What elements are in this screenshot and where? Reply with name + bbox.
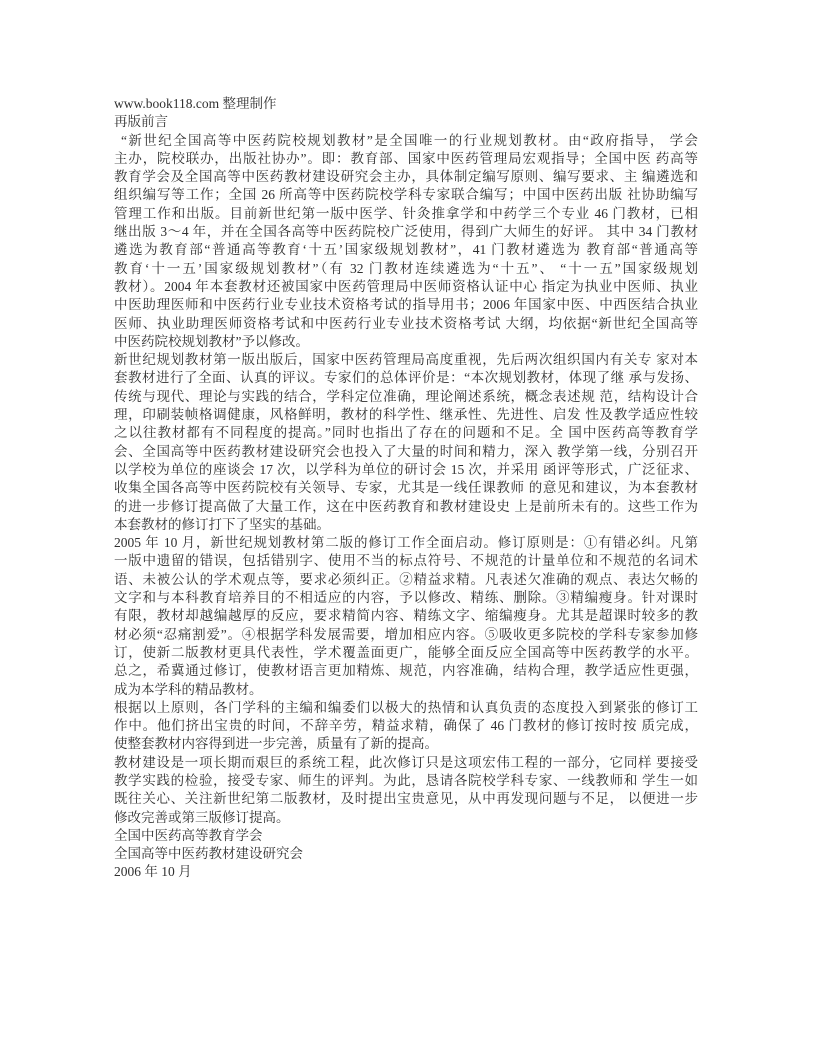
body-line: 遴选为教育部“普通高等教育‘十五’国家级规划教材”，41 门教材遴选为 教育部“…: [114, 241, 698, 259]
body-line: 的进一步修订提高做了大量工作，这在中医药教育和教材建设史 上是前所未有的。这些工…: [114, 498, 698, 516]
heading-line: 再版前言: [114, 113, 698, 131]
body-line: 总之，希冀通过修订，使教材语言更加精炼、规范，内容准确，结构合理，教学适应性更强…: [114, 662, 698, 680]
body-line: 教育学会及全国高等中医药教材建设研究会主办，具体制定编写原则、编写要求、主 编遴…: [114, 168, 698, 186]
body-line: 教材建设是一项长期而艰巨的系统工程，此次修订只是这项宏伟工程的一部分，它同样 要…: [114, 754, 698, 772]
watermark-line: www.book118.com 整理制作: [114, 95, 698, 113]
body-line: 本套教材的修订打下了坚实的基础。: [114, 516, 698, 534]
signature-line: 全国高等中医药教材建设研究会: [114, 845, 698, 863]
body-line: 教学实践的检验，接受专家、师生的评判。为此，恳请各院校学科专家、一线教师和 学生…: [114, 772, 698, 790]
body-line: 套教材进行了全面、认真的评议。专家们的总体评价是：“本次规划教材，体现了继 承与…: [114, 369, 698, 387]
body-line: 传统与现代、理论与实践的结合，学科定位准确，理论阐述系统，概念表述规 范，结构设…: [114, 388, 698, 406]
body-line: 之以往教材都有不同程度的提高。”同时也指出了存在的问题和不足。全 国中医药高等教…: [114, 424, 698, 442]
body-line: 会、全国高等中医药教材建设研究会也投入了大量的时间和精力，深入 教学第一线，分别…: [114, 443, 698, 461]
body-line: 中医药院校规划教材”予以修改。: [114, 333, 698, 351]
body-line: 既往关心、关注新世纪第二版教材，及时提出宝贵意见，从中再发现问题与不足， 以便进…: [114, 790, 698, 808]
body-line: “新世纪全国高等中医药院校规划教材”是全国唯一的行业规划教材。由“政府指导， 学…: [114, 132, 698, 150]
body-line: 收集全国各高等中医药院校有关领导、专家，尤其是一线任课教师 的意见和建议，为本套…: [114, 479, 698, 497]
body-line: 组织编写等工作；全国 26 所高等中医药院校学科专家联合编写；中国中医药出版 社…: [114, 186, 698, 204]
signature-line: 全国中医药高等教育学会: [114, 827, 698, 845]
body-line: 中医助理医师和中医药行业专业技术资格考试的指导用书；2006 年国家中医、中西医…: [114, 296, 698, 314]
preface-text-block: www.book118.com 整理制作再版前言“新世纪全国高等中医药院校规划教…: [114, 95, 698, 882]
document-page: www.book118.com 整理制作再版前言“新世纪全国高等中医药院校规划教…: [0, 0, 816, 1056]
body-line: 2005 年 10 月，新世纪规划教材第二版的修订工作全面启动。修订原则是：①有…: [114, 534, 698, 552]
body-line: 修改完善或第三版修订提高。: [114, 809, 698, 827]
date-line: 2006 年 10 月: [114, 863, 698, 881]
body-line: 继出版 3～4 年，并在全国各高等中医药院校广泛使用，得到广大师生的好评。 其中…: [114, 223, 698, 241]
body-line: 根据以上原则，各门学科的主编和编委们以极大的热情和认真负责的态度投入到紧张的修订…: [114, 699, 698, 717]
body-line: 一版中遗留的错误，包括错别字、使用不当的标点符号、不规范的计量单位和不规范的名词…: [114, 552, 698, 570]
body-line: 有限，教材却越编越厚的反应，要求精简内容、精练文字、缩编瘦身。尤其是超课时较多的…: [114, 607, 698, 625]
body-line: 教材）。2004 年本套教材还被国家中医药管理局中医师资格认证中心 指定为执业中…: [114, 278, 698, 296]
body-line: 订，使新二版教材更具代表性，学术覆盖面更广，能够全面反应全国高等中医药教学的水平…: [114, 644, 698, 662]
body-line: 新世纪规划教材第一版出版后，国家中医药管理局高度重视，先后两次组织国内有关专 家…: [114, 351, 698, 369]
body-line: 理，印刷装帧格调健康，风格鲜明，教材的科学性、继承性、先进性、启发 性及教学适应…: [114, 406, 698, 424]
body-line: 主办，院校联办，出版社协办”。即：教育部、国家中医药管理局宏观指导；全国中医 药…: [114, 150, 698, 168]
body-line: 材必须“忍痛割爱”。④根据学科发展需要，增加相应内容。⑤吸收更多院校的学科专家参…: [114, 626, 698, 644]
body-line: 作中。他们挤出宝贵的时间，不辞辛劳，精益求精，确保了 46 门教材的修订按时按 …: [114, 717, 698, 735]
body-line: 管理工作和出版。目前新世纪第一版中医学、针灸推拿学和中药学三个专业 46 门教材…: [114, 205, 698, 223]
body-line: 以学校为单位的座谈会 17 次，以学科为单位的研讨会 15 次，并采用 函评等形…: [114, 461, 698, 479]
body-line: 成为本学科的精品教材。: [114, 681, 698, 699]
body-line: 医师、执业助理医师资格考试和中医药行业专业技术资格考试 大纲，均依据“新世纪全国…: [114, 315, 698, 333]
body-line: 使整套教材内容得到进一步完善，质量有了新的提高。: [114, 735, 698, 753]
body-line: 教育‘十一五’国家级规划教材”（有 32 门教材连续遴选为“十五”、 “十一五”…: [114, 260, 698, 278]
body-line: 文字和与本科教育培养目的不相适应的内容，予以修改、精练、删除。③精编瘦身。针对课…: [114, 589, 698, 607]
body-line: 语、未被公认的学术观点等，要求必须纠正。②精益求精。凡表述欠准确的观点、表达欠畅…: [114, 571, 698, 589]
